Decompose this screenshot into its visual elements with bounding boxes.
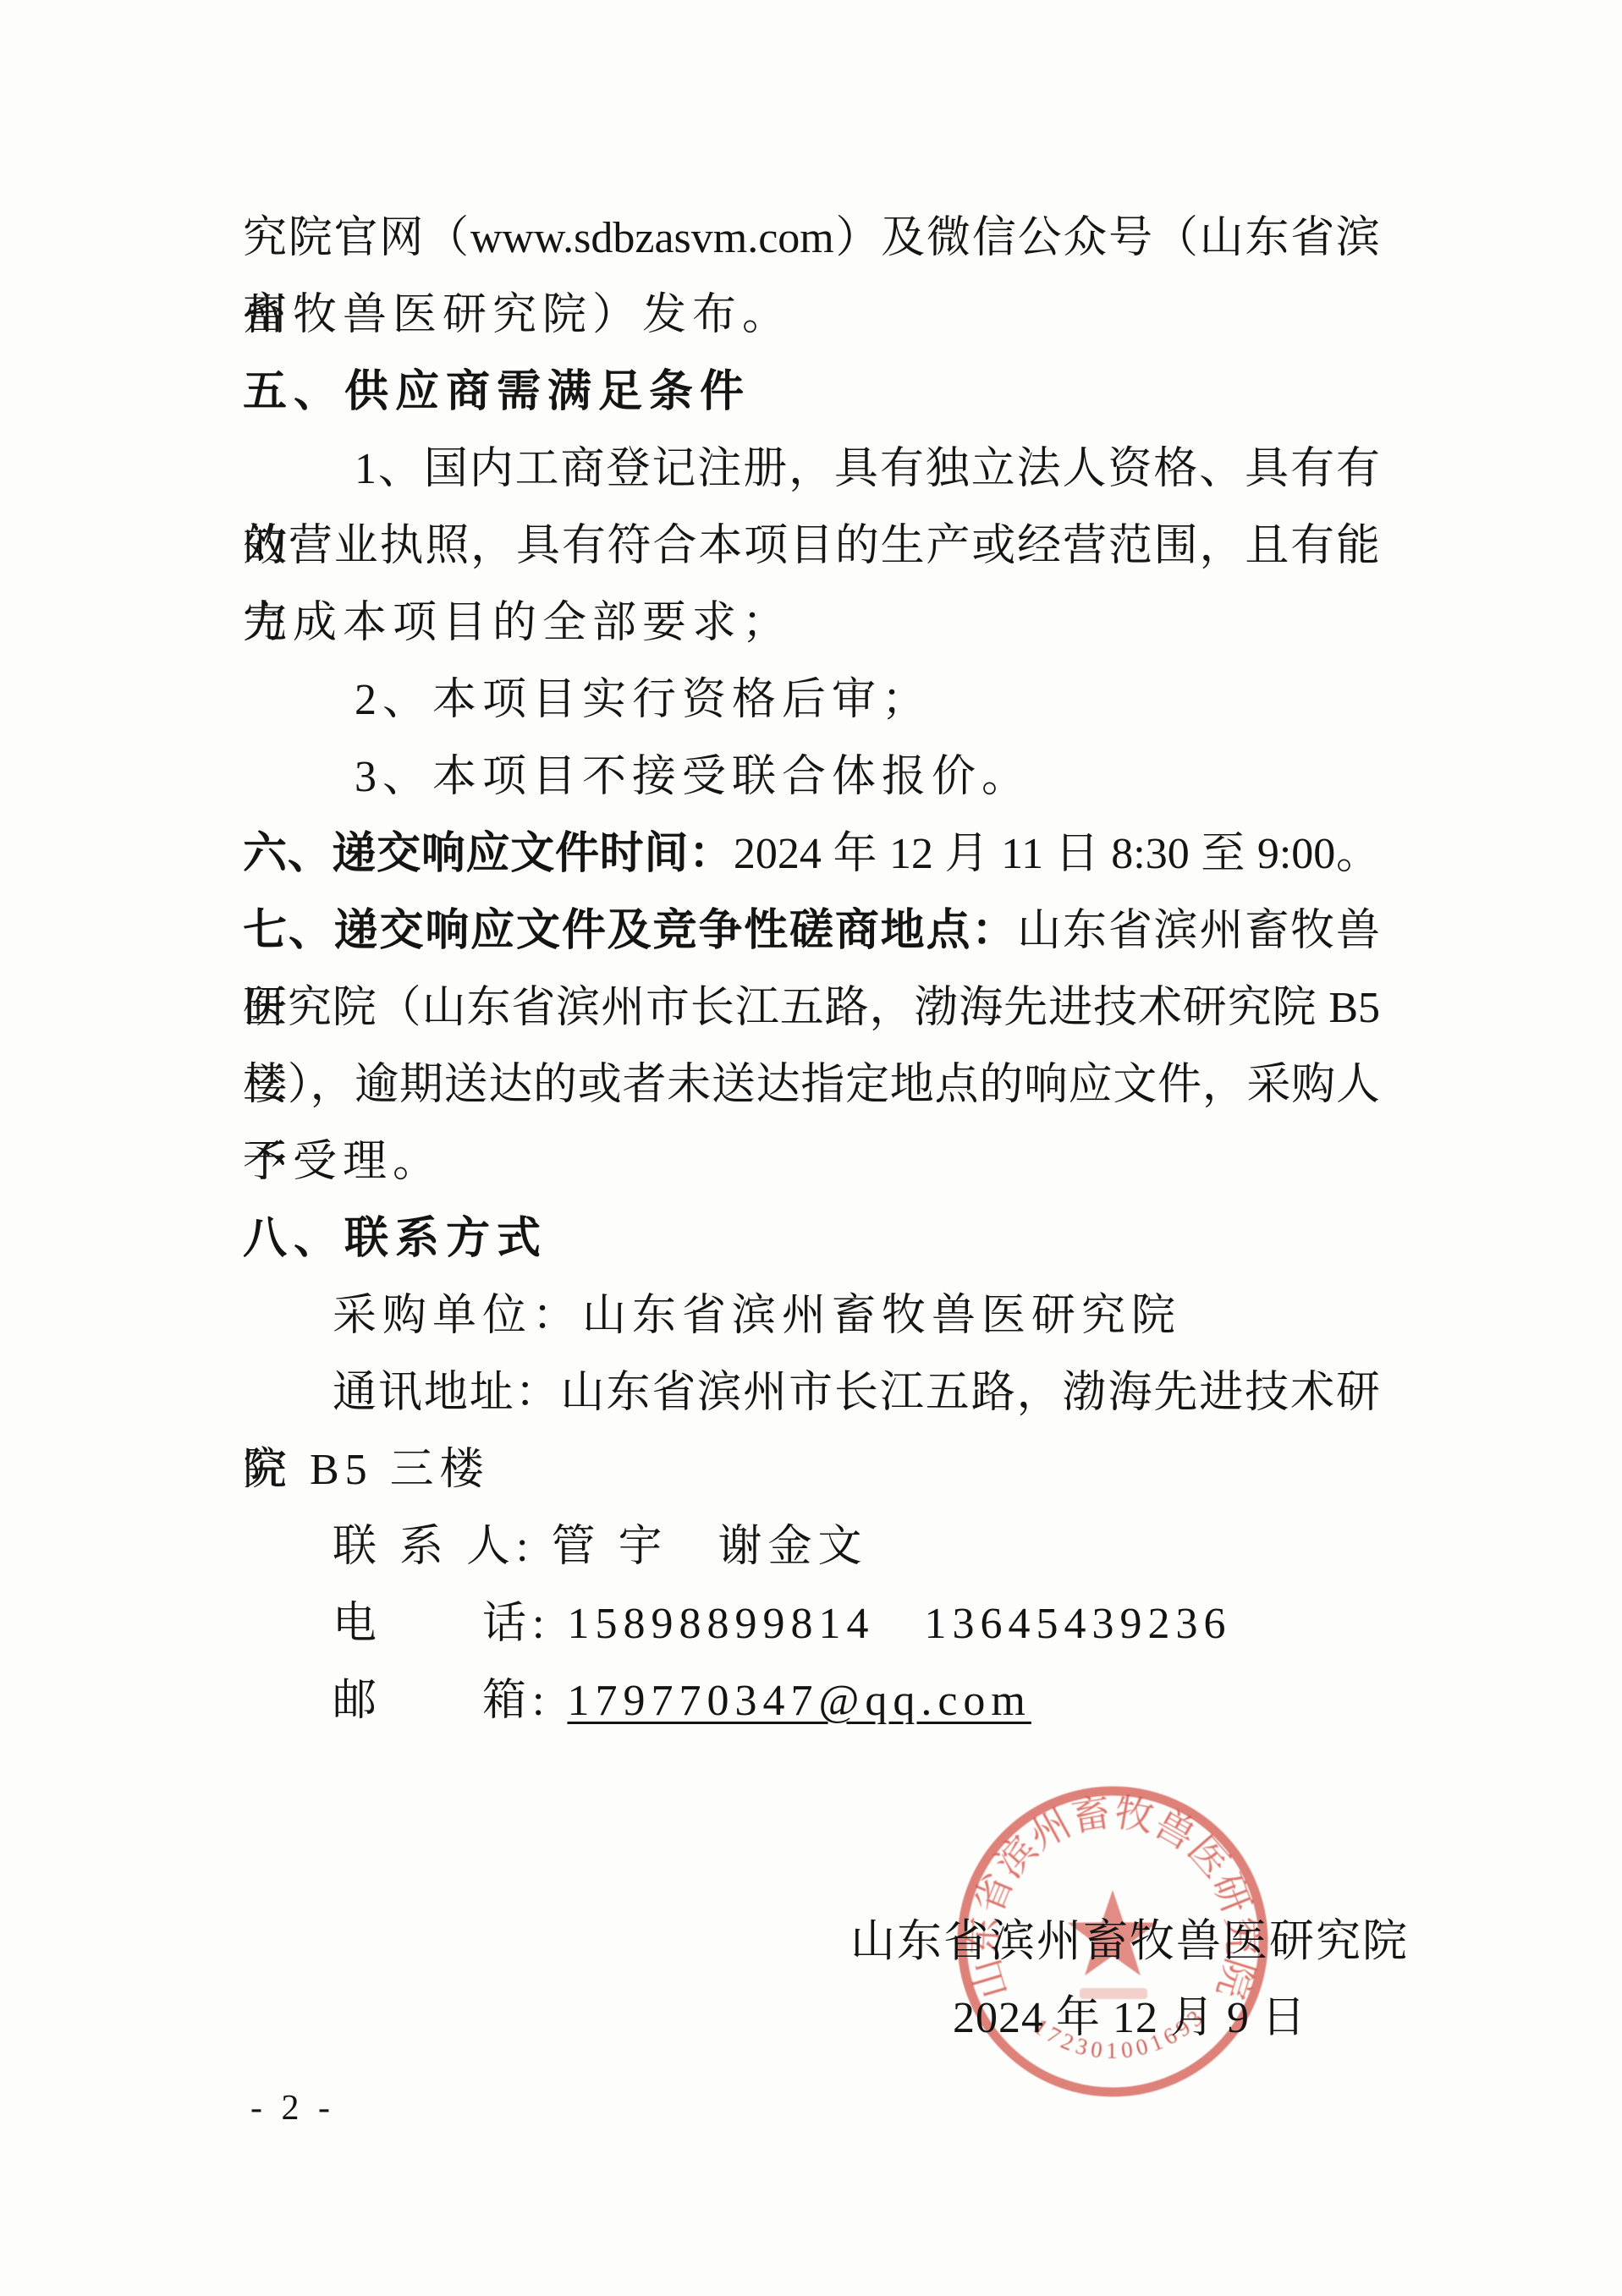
contact-phone-line: 电 话: 15898899814 13645439236 [243, 1585, 1380, 1662]
text-line: 予受理。 [243, 1123, 1380, 1200]
section-heading-8: 八、联系方式 [243, 1200, 1380, 1277]
signature-date: 2024 年 12 月 9 日 [953, 1981, 1306, 2045]
text-line: 研究院（山东省滨州市长江五路，渤海先进技术研究院 B5 三 [243, 969, 1380, 1046]
text-line: 完成本项目的全部要求； [243, 585, 1380, 662]
text-line: 畜牧兽医研究院）发布。 [243, 277, 1380, 354]
contact-person-line: 联 系 人: 管 宇 谢金文 [243, 1508, 1380, 1585]
email-text: 179770347@qq.com [567, 1677, 1031, 1725]
section-heading-7: 七、递交响应文件及竞争性磋商地点：山东省滨州畜牧兽医 [243, 893, 1380, 969]
text-line: 的营业执照，具有符合本项目的生产或经营范围，且有能力 [243, 508, 1380, 585]
page-number: - 2 - [250, 2088, 335, 2128]
text-line: 1、国内工商登记注册，具有独立法人资格、具有有效 [243, 431, 1380, 508]
document-page: 究院官网（www.sdbzasvm.com）及微信公众号（山东省滨州 畜牧兽医研… [0, 0, 1622, 2296]
contact-unit-line: 采购单位：山东省滨州畜牧兽医研究院 [243, 1277, 1380, 1354]
signature-org: 山东省滨州畜牧兽医研究院 [850, 1905, 1409, 1969]
text-line: 3、本项目不接受联合体报价。 [243, 739, 1380, 816]
section-heading-6: 六、递交响应文件时间：2024 年 12 月 11 日 8:30 至 9:00。 [243, 816, 1380, 893]
contact-address-line: 通讯地址：山东省滨州市长江五路，渤海先进技术研究 [243, 1354, 1380, 1431]
text-line: 楼），逾期送达的或者未送达指定地点的响应文件，采购人不 [243, 1046, 1380, 1123]
text-line: 究院官网（www.sdbzasvm.com）及微信公众号（山东省滨州 [243, 200, 1380, 277]
text-line: 2、本项目实行资格后审； [243, 662, 1380, 739]
contact-address-line-2: 院 B5 三楼 [243, 1431, 1380, 1508]
section-heading-5: 五、供应商需满足条件 [243, 354, 1380, 431]
contact-email-line: 邮 箱: 179770347@qq.com [243, 1662, 1380, 1739]
body-text: 究院官网（www.sdbzasvm.com）及微信公众号（山东省滨州 畜牧兽医研… [243, 200, 1380, 1739]
